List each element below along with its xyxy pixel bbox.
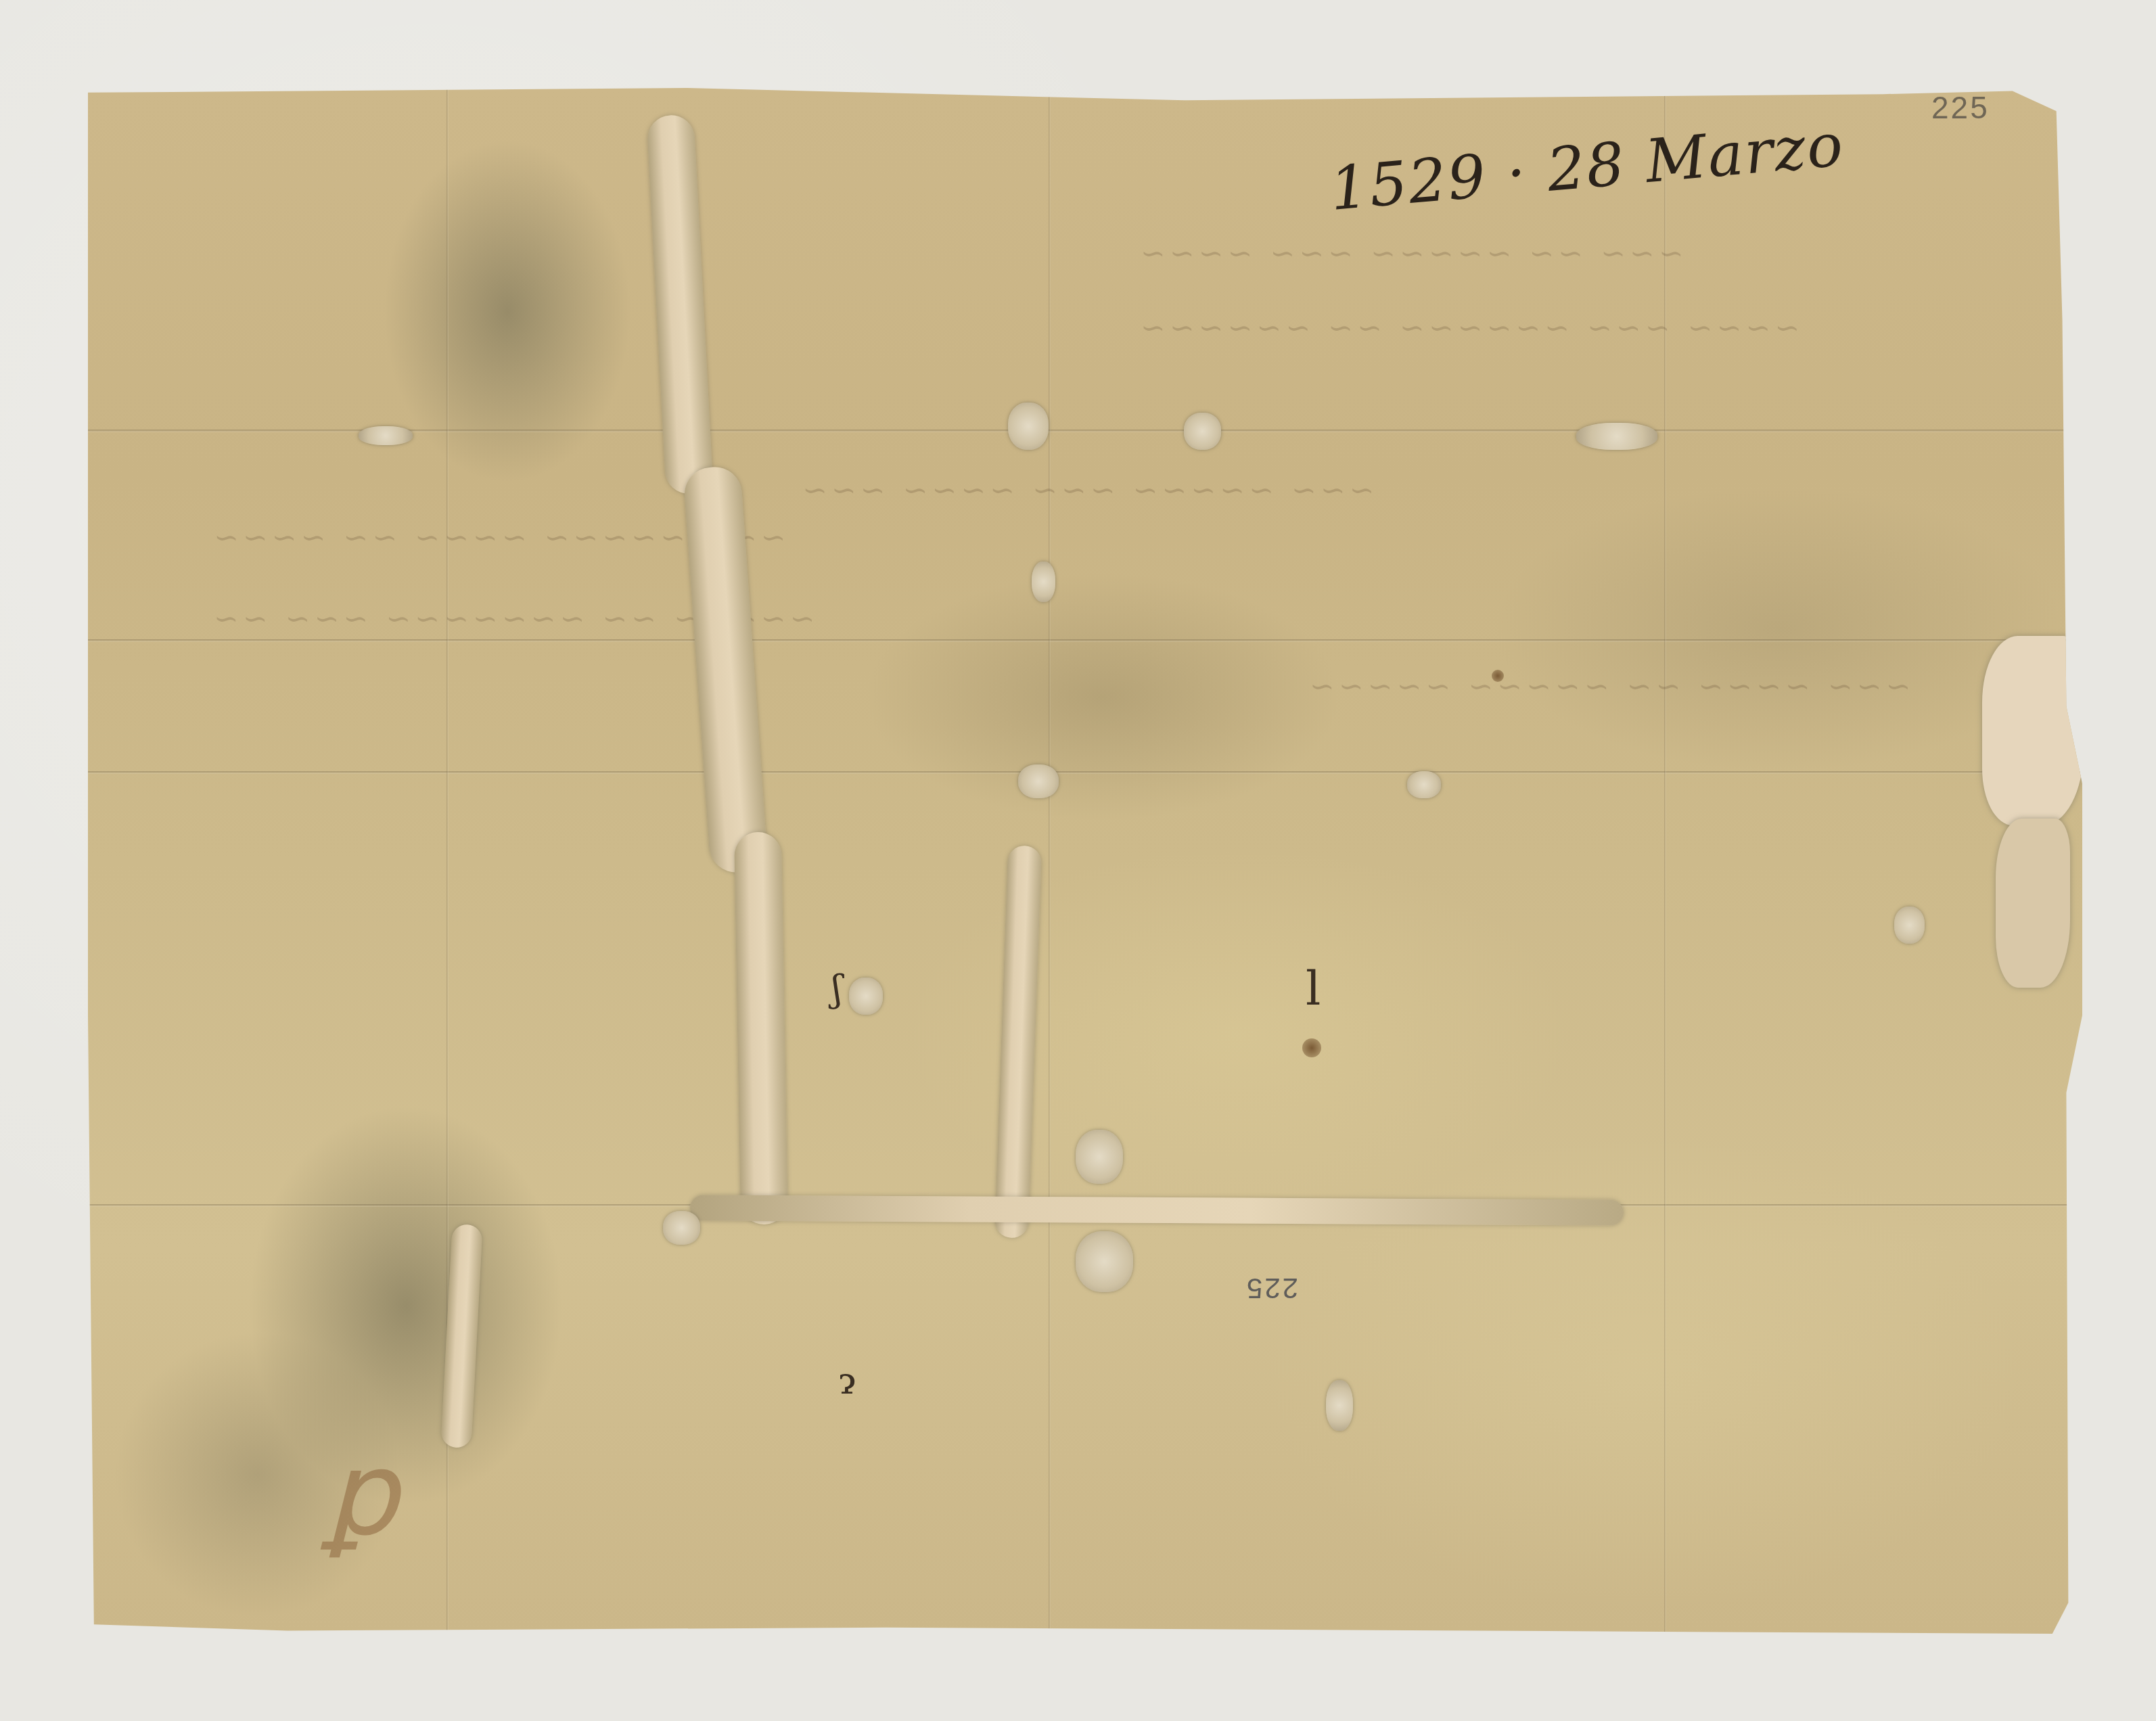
show-through-text: ~~~~ ~~~ ~~~~~~ ~~ ~~~~~~ (1137, 311, 1799, 346)
parchment-hole (1032, 561, 1055, 602)
tear-repair-strip (994, 845, 1042, 1238)
parchment-hole (1184, 413, 1221, 450)
cord-mark: ɂ (839, 1360, 856, 1402)
tear-repair-strip (690, 1195, 1624, 1225)
show-through-text: ~~~ ~~~~~ ~~~ ~~~~ ~~~ (798, 474, 1375, 508)
parchment-hole (1076, 1130, 1123, 1184)
ink-stain (1492, 670, 1504, 682)
show-through-text: ~~~ ~~ ~~~~~ ~~~ ~~~~ (1137, 237, 1684, 271)
parchment-hole (1894, 907, 1925, 944)
edge-repair-patch (1996, 819, 2070, 988)
parchment-sheet: ~~~ ~~ ~~~~~ ~~~ ~~~~ ~~~~ ~~~ ~~~~~~ ~~… (88, 88, 2082, 1634)
inverted-pencil-number: 225 (1245, 1272, 1298, 1304)
parchment-hole (1018, 764, 1059, 798)
parchment-hole (1326, 1380, 1353, 1431)
parchment-hole (1076, 1231, 1133, 1292)
show-through-text: ~~~ ~~~~ ~~ ~~~~~ ~~~~~ (1306, 670, 1910, 704)
fold-line-vertical (1049, 88, 1051, 1634)
fold-line-horizontal (88, 639, 2082, 642)
parchment-hole (1576, 423, 1657, 450)
parchment-hole (663, 1211, 700, 1245)
cord-mark: l (1306, 961, 1321, 1016)
tear-repair-strip (734, 831, 788, 1224)
tear-repair-strip (646, 114, 713, 495)
parchment-hole (359, 426, 413, 445)
parchment-hole (1008, 403, 1049, 450)
ink-stain (1302, 1038, 1321, 1057)
parchment-hole (849, 978, 883, 1015)
folio-number: 225 (1931, 89, 1990, 126)
monogram-mark: ꝑ (325, 1427, 398, 1561)
fold-line-horizontal (88, 771, 2082, 774)
cord-mark: ʃ (832, 967, 842, 1010)
parchment-hole (1407, 771, 1441, 798)
